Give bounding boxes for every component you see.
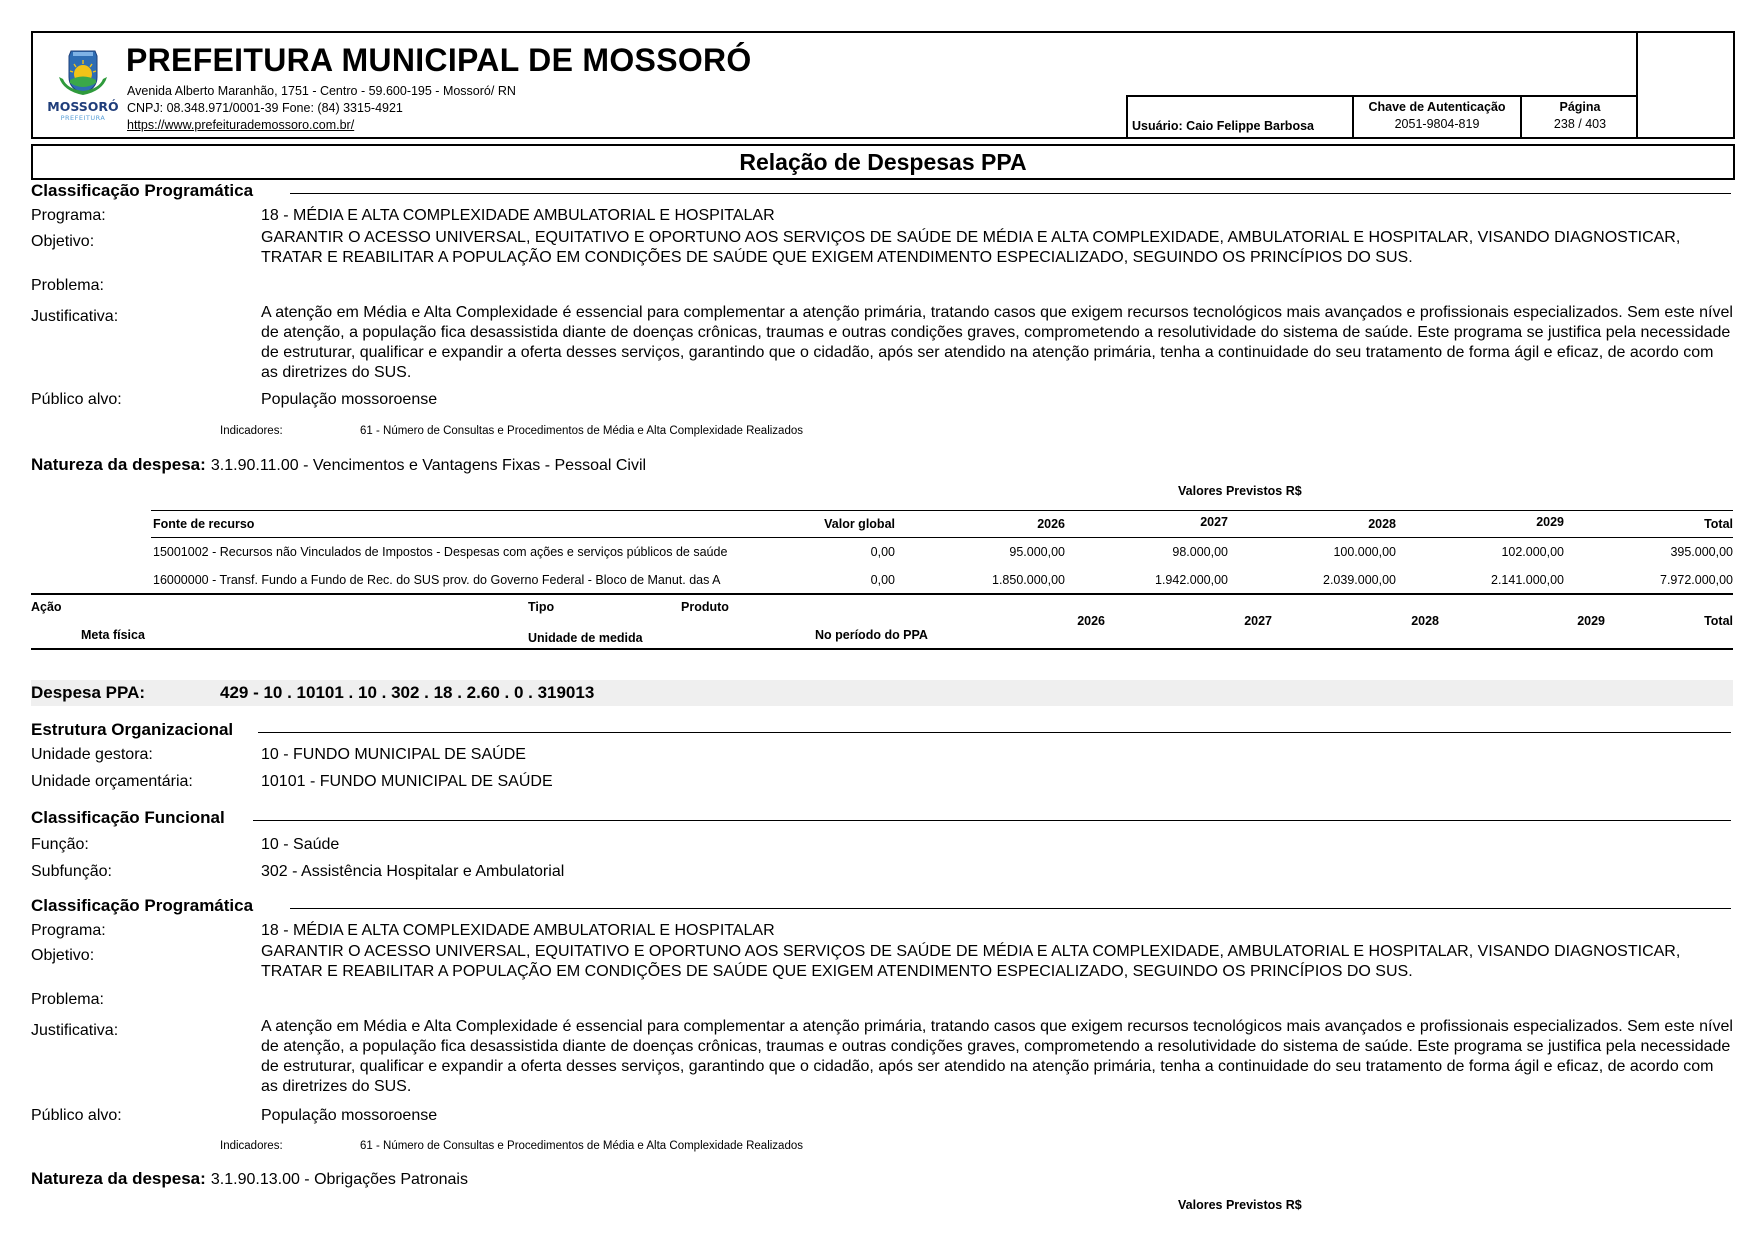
programa-value: 18 - MÉDIA E ALTA COMPLEXIDADE AMBULATOR…	[261, 207, 775, 225]
funcao-value: 10 - Saúde	[261, 836, 339, 854]
user-name: Usuário: Caio Felippe Barbosa	[1132, 119, 1314, 133]
problema-label: Problema:	[31, 277, 104, 295]
objetivo-value: GARANTIR O ACESSO UNIVERSAL, EQUITATIVO …	[261, 228, 1733, 268]
programa-label: Programa:	[31, 922, 106, 940]
meta-fisica-label: Meta física	[81, 628, 145, 642]
section-rule	[290, 908, 1731, 909]
section-rule	[290, 193, 1731, 194]
publico-alvo-label: Público alvo:	[31, 1107, 122, 1125]
subfuncao-value: 302 - Assistência Hospitalar e Ambulator…	[261, 863, 564, 881]
acao-2027-label: 2027	[1167, 614, 1272, 628]
objetivo-label: Objetivo:	[31, 947, 94, 965]
justificativa-value: A atenção em Média e Alta Complexidade é…	[261, 1017, 1733, 1097]
section-rule	[258, 732, 1731, 733]
value-2026-cell: 1.850.000,00	[960, 573, 1065, 587]
valores-previstos-label: Valores Previstos R$	[1178, 1198, 1302, 1212]
section-heading-classificacao-programatica: Classificação Programática	[31, 181, 253, 201]
value-total-cell: 7.972.000,00	[1628, 573, 1733, 587]
organization-website-link[interactable]: https://www.prefeiturademossoro.com.br/	[127, 118, 354, 132]
unidade-gestora-value: 10 - FUNDO MUNICIPAL DE SAÚDE	[261, 746, 526, 764]
col-header-2029: 2029	[1459, 515, 1564, 529]
value-2028-cell: 100.000,00	[1291, 545, 1396, 559]
fonte-recurso-cell: 15001002 - Recursos não Vinculados de Im…	[153, 545, 727, 559]
report-title-box: Relação de Despesas PPA	[31, 144, 1735, 180]
problema-label: Problema:	[31, 991, 104, 1009]
despesa-ppa-label: Despesa PPA:	[31, 683, 145, 703]
justificativa-label: Justificativa:	[31, 308, 118, 326]
publico-alvo-label: Público alvo:	[31, 391, 122, 409]
col-header-valor-global: Valor global	[790, 517, 895, 531]
col-header-2028: 2028	[1291, 517, 1396, 531]
organization-contact: CNPJ: 08.348.971/0001-39 Fone: (84) 3315…	[127, 101, 403, 115]
organization-address: Avenida Alberto Maranhão, 1751 - Centro …	[127, 84, 516, 98]
natureza-despesa-row: Natureza da despesa: 3.1.90.13.00 - Obri…	[31, 1169, 468, 1189]
section-heading-classificacao-programatica: Classificação Programática	[31, 896, 253, 916]
indicadores-label: Indicadores:	[220, 1140, 283, 1152]
natureza-despesa-label: Natureza da despesa:	[31, 455, 206, 474]
unidade-orcamentaria-label: Unidade orçamentária:	[31, 773, 193, 791]
fonte-recurso-cell: 16000000 - Transf. Fundo a Fundo de Rec.…	[153, 573, 720, 587]
natureza-despesa-value: 3.1.90.13.00 - Obrigações Patronais	[211, 1171, 468, 1188]
table-header-rule	[151, 537, 1733, 538]
value-2027-cell: 98.000,00	[1123, 545, 1228, 559]
table-bottom-rule	[31, 593, 1733, 595]
subfuncao-label: Subfunção:	[31, 863, 112, 881]
programa-value: 18 - MÉDIA E ALTA COMPLEXIDADE AMBULATOR…	[261, 922, 775, 940]
publico-alvo-value: População mossoroense	[261, 391, 437, 409]
justificativa-value: A atenção em Média e Alta Complexidade é…	[261, 303, 1733, 383]
publico-alvo-value: População mossoroense	[261, 1107, 437, 1125]
section-rule	[253, 820, 1731, 821]
natureza-despesa-value: 3.1.90.11.00 - Vencimentos e Vantagens F…	[211, 457, 646, 474]
section-heading-classificacao-funcional: Classificação Funcional	[31, 808, 225, 828]
unidade-orcamentaria-value: 10101 - FUNDO MUNICIPAL DE SAÚDE	[261, 773, 553, 791]
value-2026-cell: 95.000,00	[960, 545, 1065, 559]
acao-2028-label: 2028	[1334, 614, 1439, 628]
auth-key-label: Chave de Autenticação	[1354, 100, 1520, 114]
coat-of-arms-icon	[43, 47, 123, 99]
table-top-rule	[151, 510, 1733, 511]
auth-key-value: 2051-9804-819	[1354, 117, 1520, 131]
value-2028-cell: 2.039.000,00	[1291, 573, 1396, 587]
justificativa-label: Justificativa:	[31, 1022, 118, 1040]
funcao-label: Função:	[31, 836, 89, 854]
value-2027-cell: 1.942.000,00	[1123, 573, 1228, 587]
auth-key-cell: Chave de Autenticação 2051-9804-819	[1354, 97, 1520, 139]
page-number: 238 / 403	[1522, 117, 1638, 131]
col-header-2027: 2027	[1123, 515, 1228, 529]
logo-subtext: PREFEITURA	[43, 114, 123, 122]
valor-global-cell: 0,00	[790, 545, 895, 559]
produto-label: Produto	[681, 600, 729, 614]
col-header-fonte: Fonte de recurso	[153, 517, 254, 531]
acao-2026-label: 2026	[1000, 614, 1105, 628]
unidade-medida-label: Unidade de medida	[528, 631, 643, 645]
indicadores-value: 61 - Número de Consultas e Procedimentos…	[360, 1140, 803, 1152]
logo-wordmark: MOSSORÓ	[43, 99, 123, 114]
objetivo-label: Objetivo:	[31, 233, 94, 251]
page-cell: Página 238 / 403	[1522, 97, 1638, 139]
indicadores-value: 61 - Número de Consultas e Procedimentos…	[360, 425, 803, 437]
periodo-ppa-label: No período do PPA	[815, 628, 928, 642]
report-title: Relação de Despesas PPA	[739, 149, 1026, 175]
acao-total-label: Total	[1628, 614, 1733, 628]
value-2029-cell: 2.141.000,00	[1459, 573, 1564, 587]
acao-2029-label: 2029	[1500, 614, 1605, 628]
acao-bottom-rule	[31, 648, 1733, 650]
session-info-box: Usuário: Caio Felippe Barbosa Chave de A…	[1126, 95, 1638, 139]
programa-label: Programa:	[31, 207, 106, 225]
tipo-label: Tipo	[528, 600, 554, 614]
despesa-ppa-code: 429 - 10 . 10101 . 10 . 302 . 18 . 2.60 …	[220, 683, 594, 703]
valor-global-cell: 0,00	[790, 573, 895, 587]
col-header-total: Total	[1628, 517, 1733, 531]
report-header: MOSSORÓ PREFEITURA PREFEITURA MUNICIPAL …	[31, 31, 1735, 139]
organization-name: PREFEITURA MUNICIPAL DE MOSSORÓ	[126, 42, 752, 79]
natureza-despesa-label: Natureza da despesa:	[31, 1169, 206, 1188]
objetivo-value: GARANTIR O ACESSO UNIVERSAL, EQUITATIVO …	[261, 942, 1733, 982]
value-2029-cell: 102.000,00	[1459, 545, 1564, 559]
municipality-logo: MOSSORÓ PREFEITURA	[43, 47, 123, 121]
unidade-gestora-label: Unidade gestora:	[31, 746, 153, 764]
value-total-cell: 395.000,00	[1628, 545, 1733, 559]
natureza-despesa-row: Natureza da despesa: 3.1.90.11.00 - Venc…	[31, 455, 646, 475]
col-header-2026: 2026	[960, 517, 1065, 531]
user-cell: Usuário: Caio Felippe Barbosa	[1130, 97, 1352, 139]
acao-label: Ação	[31, 600, 62, 614]
indicadores-label: Indicadores:	[220, 425, 283, 437]
valores-previstos-label: Valores Previstos R$	[1178, 484, 1302, 498]
section-heading-estrutura-organizacional: Estrutura Organizacional	[31, 720, 233, 740]
page-label: Página	[1522, 100, 1638, 114]
